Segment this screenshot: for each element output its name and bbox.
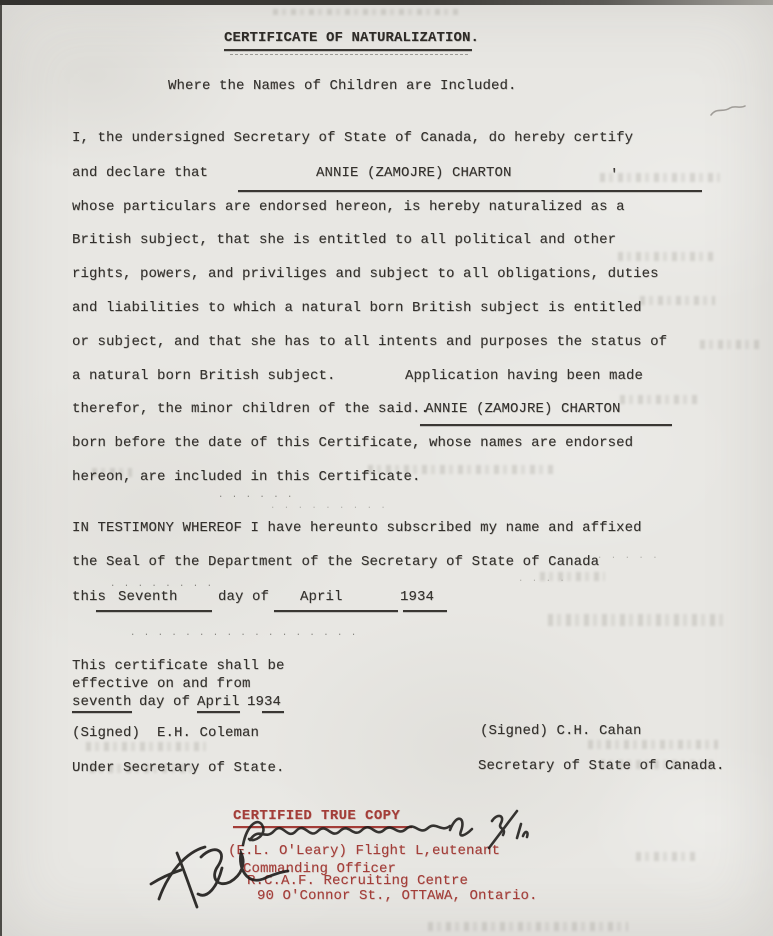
effective-line: effective on and from (72, 677, 251, 691)
body-line: and liabilities to which a natural born … (72, 301, 642, 315)
signed-left: (Signed) E.H. Coleman (72, 726, 259, 740)
body-line: whose particulars are endorsed hereon, i… (72, 200, 625, 214)
body-line: or subject, and that she has to all inte… (72, 335, 667, 349)
subject-name: ANNIE (ZAMOJRE) CHARTON (425, 402, 621, 416)
signed-right: (Signed) C.H. Cahan (480, 724, 642, 738)
bleed-through-mark (700, 340, 760, 349)
date-year: 1934 (400, 590, 434, 604)
body-line: therefor, the minor children of the said… (72, 402, 429, 416)
date-underline (96, 610, 212, 612)
bleed-through-mark (620, 395, 700, 404)
bleed-through-mark (428, 922, 628, 931)
effective-word-day-of: day of (139, 695, 190, 709)
certificate-title: CERTIFICATE OF NATURALIZATION. (224, 31, 479, 45)
body-line: I, the undersigned Secretary of State of… (72, 131, 633, 145)
effective-underline (262, 711, 284, 713)
bleed-through-mark (273, 9, 458, 15)
bleed-through-mark (86, 742, 206, 751)
stamp-address: 90 O'Connor St., OTTAWA, Ontario. (257, 889, 538, 903)
bleed-through-mark (588, 740, 718, 749)
body-line: a natural born British subject. (72, 369, 336, 383)
bleed-through-mark (640, 296, 715, 305)
effective-underline (72, 711, 132, 713)
effective-year: 1934 (247, 695, 281, 709)
date-month: April (300, 590, 343, 604)
scan-edge-left (0, 0, 2, 936)
signed-right-role: Secretary of State of Canada. (478, 759, 725, 773)
bleed-through-mark (548, 614, 723, 626)
stamp-underline (233, 826, 412, 828)
subject-name: ANNIE (ZAMOJRE) CHARTON (316, 166, 512, 180)
title-underline (224, 49, 472, 51)
date-underline (403, 610, 447, 612)
name-underline (238, 190, 702, 192)
name-underline (420, 424, 672, 426)
scan-edge-top (0, 0, 773, 5)
certified-true-copy-stamp: CERTIFIED TRUE COPY (233, 809, 400, 823)
stamp-officer: (E.L. O'Leary) Flight L,eutenant (228, 844, 500, 858)
dotted-mark: . . . . . (597, 551, 659, 561)
signed-left-role: Under Secretary of State. (72, 761, 285, 775)
date-word-this: this (72, 590, 106, 604)
date-day: Seventh (118, 590, 178, 604)
effective-underline (197, 711, 240, 713)
stray-mark: ' (610, 168, 619, 182)
certificate-page: CERTIFICATE OF NATURALIZATION. Where the… (0, 0, 773, 936)
body-line: rights, powers, and priviliges and subje… (72, 267, 659, 281)
certificate-subtitle: Where the Names of Children are Included… (168, 79, 517, 93)
effective-day: seventh (72, 695, 132, 709)
dotted-mark: . . . . . . . . . (270, 501, 387, 511)
body-line: the Seal of the Department of the Secret… (72, 555, 599, 569)
date-underline (274, 610, 398, 612)
body-line: hereon, are included in this Certificate… (72, 470, 421, 484)
dotted-line: . . . . . . . . . . . . . . . . . . . . … (130, 628, 358, 638)
stamp-unit: R.C.A.F. Recruiting Centre (247, 874, 468, 888)
title-underline-2 (230, 54, 468, 55)
effective-month: April (197, 695, 240, 709)
dotted-mark: . . . . (518, 574, 566, 584)
body-line: and declare that (72, 166, 208, 180)
body-line: British subject, that she is entitled to… (72, 233, 616, 247)
body-line: IN TESTIMONY WHEREOF I have hereunto sub… (72, 521, 642, 535)
dotted-mark: . . . . . . . . (110, 579, 214, 589)
bleed-through-mark (618, 252, 713, 261)
body-line: Application having been made (405, 369, 643, 383)
dotted-mark: . . . . . . (218, 490, 294, 500)
body-line: born before the date of this Certificate… (72, 436, 633, 450)
pencil-squiggle (711, 106, 745, 115)
bleed-through-mark (636, 852, 696, 861)
effective-line: This certificate shall be (72, 659, 285, 673)
date-word-day-of: day of (218, 590, 269, 604)
